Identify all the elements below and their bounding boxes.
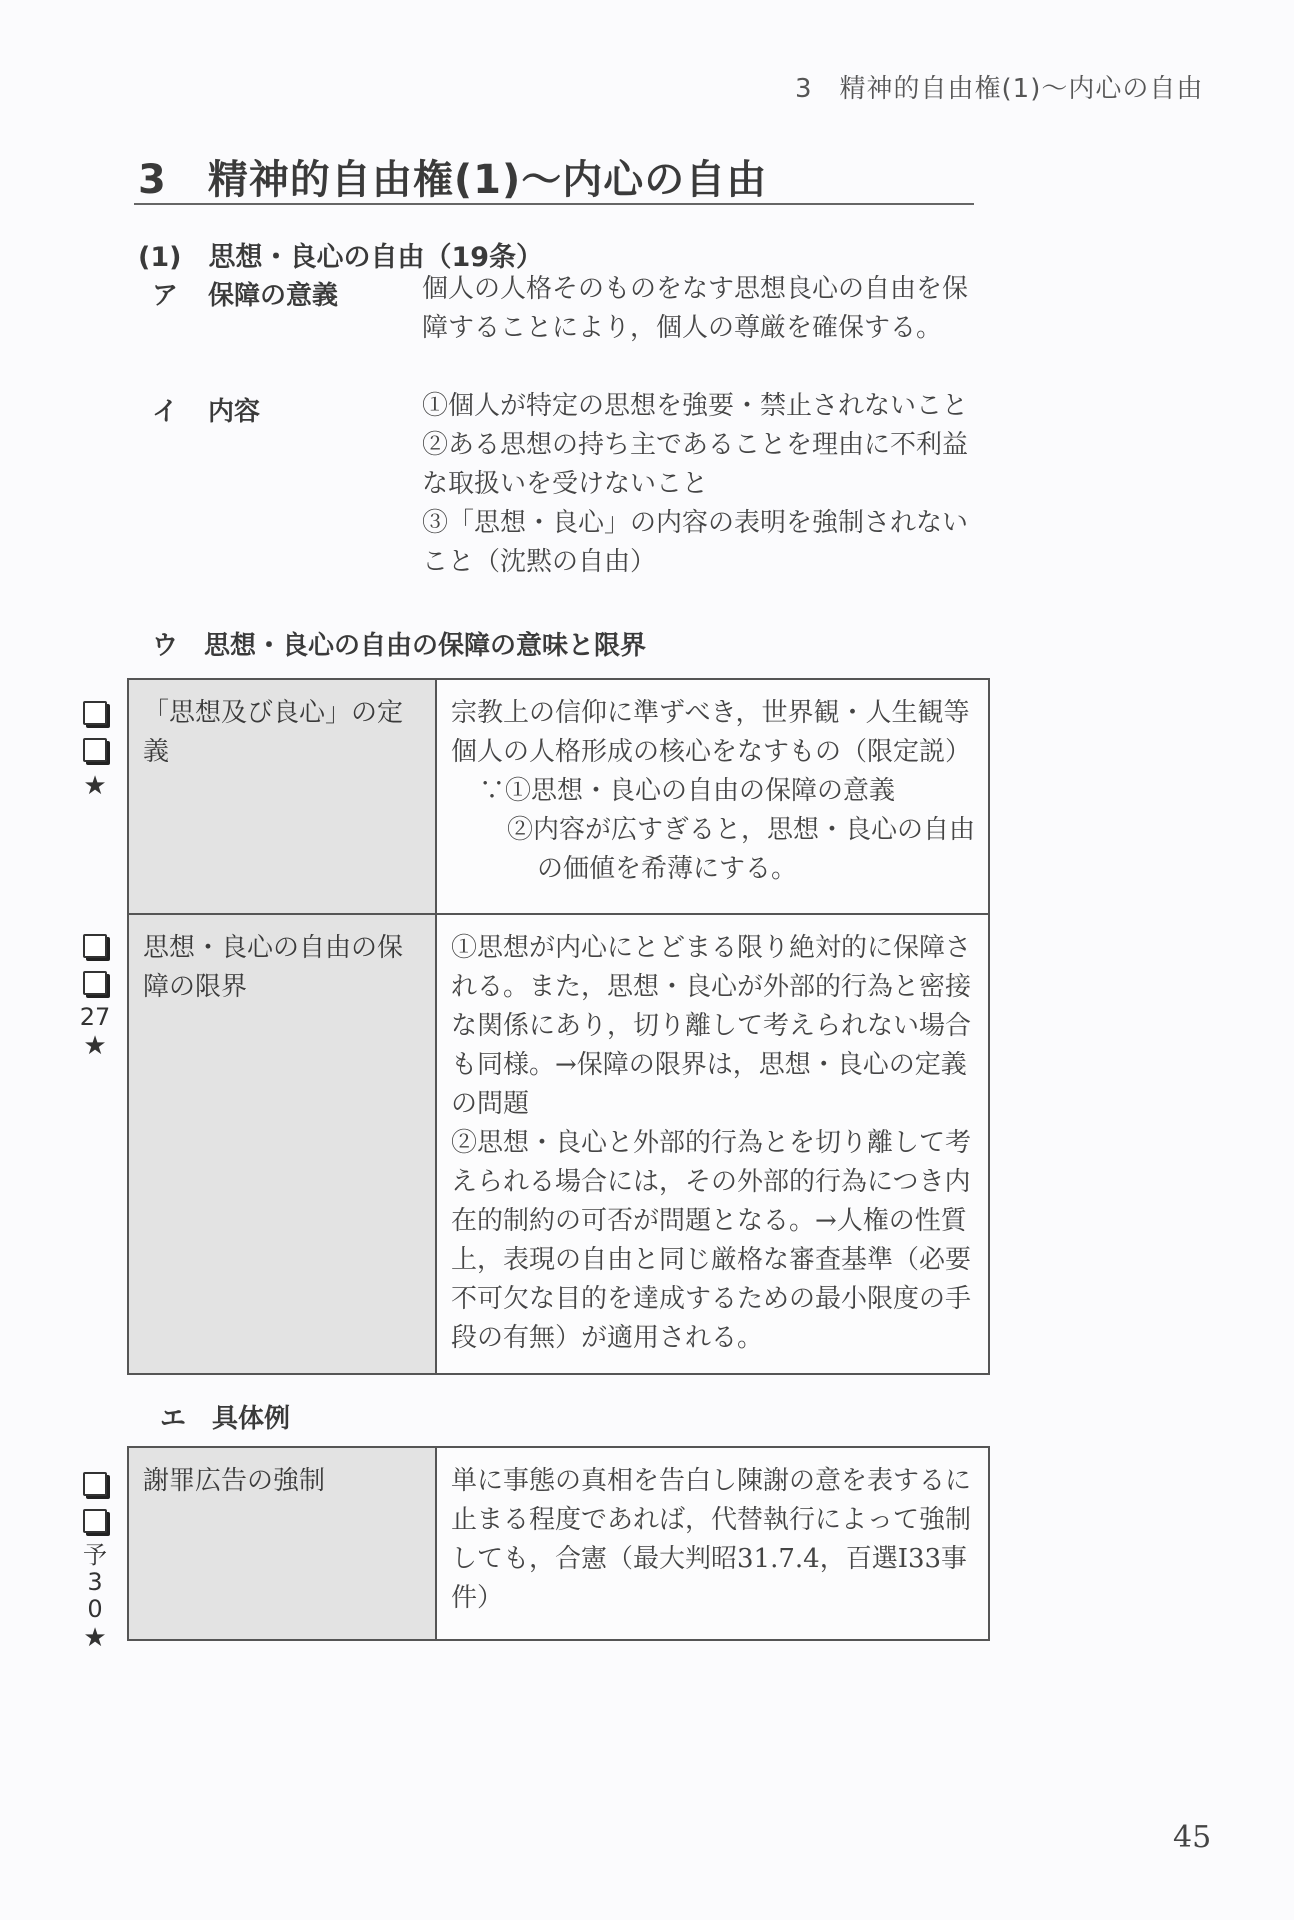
table-row: 思想・良心の自由の保障の限界 ①思想が内心にとどまる限り絶対的に保障される。また…: [128, 914, 989, 1374]
review-marks: 予30 ★: [78, 1468, 112, 1653]
importance-star-icon: ★: [83, 1623, 106, 1653]
cell-line: ②思想・良心と外部的行為とを切り離して考えられる場合には，その外部的行為につき内…: [451, 1124, 978, 1358]
review-marks: ★: [78, 697, 112, 801]
sub-heading-meaning-limits: ウ 思想・良心の自由の保障の意味と限界: [152, 625, 646, 662]
item-label-significance: 保障の意義: [208, 275, 338, 312]
item-text: ①個人が特定の思想を強要・禁止されないこと: [422, 387, 982, 426]
item-marker-i: イ: [152, 391, 178, 428]
item-body-significance: 個人の人格そのものをなす思想良心の自由を保障することにより，個人の尊厳を確保する…: [422, 270, 982, 348]
review-checkbox[interactable]: [83, 934, 107, 958]
review-checkbox[interactable]: [83, 701, 107, 725]
cell-line: ∵①思想・良心の自由の保障の意義: [451, 772, 978, 811]
running-head: 3 精神的自由権(1)〜内心の自由: [795, 68, 1203, 105]
cell-line: 個人の人格形成の核心をなすもの（限定説）: [451, 733, 978, 772]
section-heading: (1) 思想・良心の自由（19条）: [138, 235, 543, 274]
table-value-cell: ①思想が内心にとどまる限り絶対的に保障される。また，思想・良心が外部的行為と密接…: [436, 914, 989, 1374]
sub-heading-examples: エ 具体例: [160, 1398, 290, 1435]
table-key-cell: 謝罪広告の強制: [128, 1447, 436, 1640]
importance-star-icon: ★: [83, 1031, 106, 1061]
review-checkbox[interactable]: [83, 738, 107, 762]
item-text: ②ある思想の持ち主であることを理由に不利益な取扱いを受けないこと: [422, 426, 982, 504]
table-key-cell: 「思想及び良心」の定義: [128, 679, 436, 914]
exam-year-note: 27: [80, 1004, 111, 1031]
review-checkbox[interactable]: [83, 1472, 107, 1496]
table-key-cell: 思想・良心の自由の保障の限界: [128, 914, 436, 1374]
review-checkbox[interactable]: [83, 971, 107, 995]
meaning-limits-table: 「思想及び良心」の定義 宗教上の信仰に準ずべき，世界観・人生観等 個人の人格形成…: [127, 678, 990, 1375]
cell-line: の価値を希薄にする。: [451, 850, 978, 889]
item-marker-a: ア: [152, 275, 178, 312]
table-row: 「思想及び良心」の定義 宗教上の信仰に準ずべき，世界観・人生観等 個人の人格形成…: [128, 679, 989, 914]
review-checkbox[interactable]: [83, 1509, 107, 1533]
page-number: 45: [1173, 1820, 1211, 1855]
review-marks: 27 ★: [78, 930, 112, 1061]
cell-line: 宗教上の信仰に準ずべき，世界観・人生観等: [451, 694, 978, 733]
item-text: 個人の人格そのものをなす思想良心の自由を保障することにより，個人の尊厳を確保する…: [422, 270, 982, 348]
chapter-title-rule: [134, 203, 974, 205]
table-value-cell: 単に事態の真相を告白し陳謝の意を表するに止まる程度であれば，代替執行によって強制…: [436, 1447, 989, 1640]
exam-year-note: 予30: [80, 1542, 110, 1623]
item-body-content: ①個人が特定の思想を強要・禁止されないこと ②ある思想の持ち主であることを理由に…: [422, 387, 982, 582]
importance-star-icon: ★: [83, 771, 106, 801]
cell-line: ①思想が内心にとどまる限り絶対的に保障される。また，思想・良心が外部的行為と密接…: [451, 929, 978, 1124]
table-value-cell: 宗教上の信仰に準ずべき，世界観・人生観等 個人の人格形成の核心をなすもの（限定説…: [436, 679, 989, 914]
item-label-content: 内容: [208, 391, 260, 428]
table-row: 謝罪広告の強制 単に事態の真相を告白し陳謝の意を表するに止まる程度であれば，代替…: [128, 1447, 989, 1640]
cell-line: 単に事態の真相を告白し陳謝の意を表するに止まる程度であれば，代替執行によって強制…: [451, 1462, 978, 1618]
item-text: ③「思想・良心」の内容の表明を強制されないこと（沈黙の自由）: [422, 504, 982, 582]
chapter-title: 3 精神的自由権(1)〜内心の自由: [138, 148, 767, 205]
examples-table: 謝罪広告の強制 単に事態の真相を告白し陳謝の意を表するに止まる程度であれば，代替…: [127, 1446, 990, 1641]
cell-line: ②内容が広すぎると，思想・良心の自由: [451, 811, 978, 850]
